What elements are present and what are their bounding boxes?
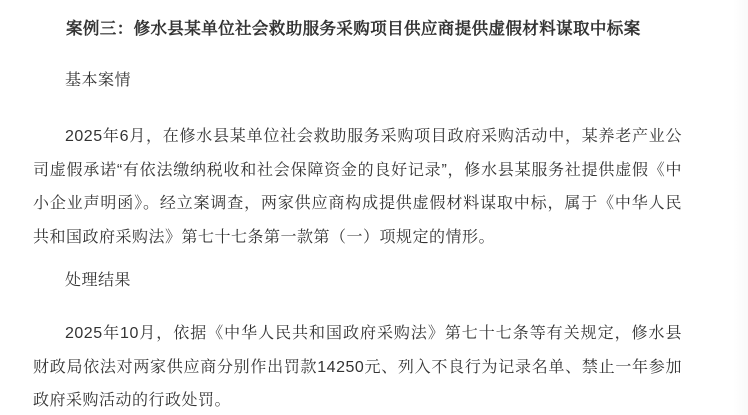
paragraph-basic-facts: 2025年6月，在修水县某单位社会救助服务采购项目政府采购活动中，某养老产业公司… bbox=[33, 120, 682, 254]
paragraph-handling-result: 2025年10月，依据《中华人民共和国政府采购法》第七十七条等有关规定，修水县财… bbox=[33, 317, 682, 415]
case-article: 案例三：修水县某单位社会救助服务采购项目供应商提供虚假材料谋取中标案 基本案情 … bbox=[0, 0, 748, 415]
case-title: 案例三：修水县某单位社会救助服务采购项目供应商提供虚假材料谋取中标案 bbox=[33, 12, 682, 46]
section-heading-basic-facts: 基本案情 bbox=[33, 64, 682, 97]
section-heading-handling-result: 处理结果 bbox=[33, 264, 682, 297]
